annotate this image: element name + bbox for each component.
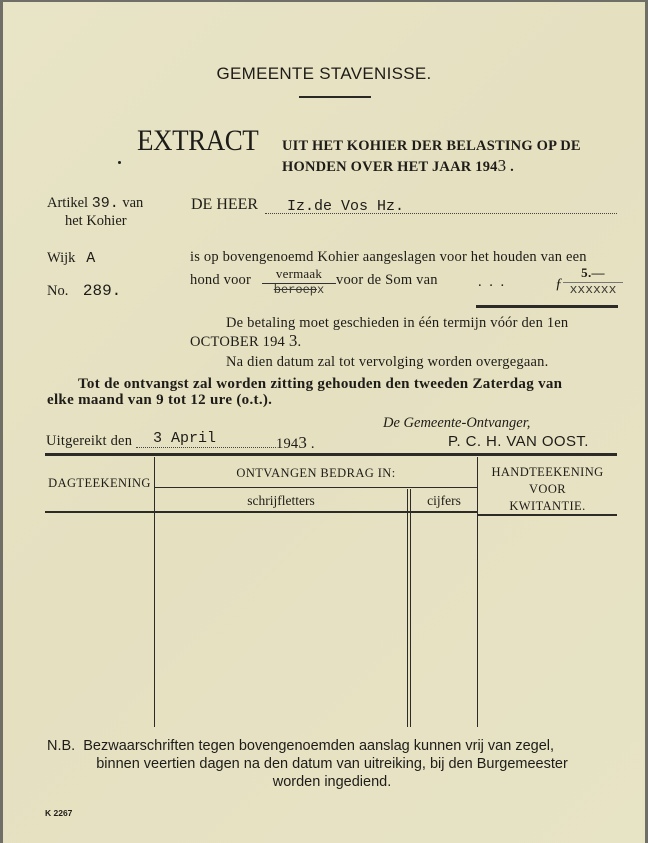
session-line-2: elke maand van 9 tot 12 ure (o.t.).: [47, 392, 272, 409]
purpose-struck-text: beroep: [274, 283, 317, 297]
table-top-rule: [45, 453, 617, 456]
subtitle-period: .: [510, 159, 514, 175]
amount-struck: xxxxxx: [563, 283, 623, 296]
extract-subtitle: UIT HET KOHIER DER BELASTING OP DE HONDE…: [282, 136, 581, 177]
signature-header-line-1: HANDTEEKENING: [478, 464, 617, 481]
artikel-value[interactable]: 39.: [92, 195, 119, 212]
issued-year-digit: 3: [298, 433, 307, 452]
form-code: K 2267: [45, 808, 72, 818]
no-field: No. 289.: [47, 282, 121, 300]
leader-dots: . . .: [478, 274, 506, 291]
column-header-date: DAGTEEKENING: [45, 476, 154, 491]
issued-dotted-line: [136, 447, 276, 448]
signature-header-line-3: KWITANTIE.: [478, 498, 617, 515]
subtitle-year-digit: 3: [498, 156, 507, 175]
subtitle-line-2: HONDEN OVER HET JAAR 1943 .: [282, 156, 581, 177]
heer-name-value[interactable]: Iz.de Vos Hz.: [287, 198, 404, 215]
heer-label: DE HEER: [191, 196, 258, 214]
nb-line-3: worden ingediend.: [47, 772, 617, 792]
tax-extract-form: GEMEENTE STAVENISSE. EXTRACT UIT HET KOH…: [3, 2, 645, 843]
issued-period: .: [311, 436, 315, 452]
artikel-suffix: van: [122, 195, 143, 211]
subtitle-year-prefix: HONDEN OVER HET JAAR 194: [282, 159, 498, 175]
nb-line-2: binnen veertien dagen na den datum van u…: [47, 754, 617, 774]
purpose-xs: x: [317, 283, 324, 297]
assessment-hond-voor: hond voor: [190, 272, 251, 289]
purpose-typed[interactable]: vermaak: [262, 266, 336, 282]
subtitle-line-1: UIT HET KOHIER DER BELASTING OP DE: [282, 136, 581, 156]
payment-period: .: [298, 334, 302, 350]
amount-typed[interactable]: 5.—: [563, 265, 623, 281]
issued-label: Uitgereikt den: [46, 433, 132, 450]
receipt-entry-area[interactable]: [45, 516, 617, 726]
amount-fraction: 5.— xxxxxx: [563, 265, 623, 296]
session-line-1: Tot de ontvangst zal worden zitting geho…: [78, 376, 562, 393]
purpose-fraction: vermaak beroepx: [262, 266, 336, 297]
wijk-value[interactable]: A: [86, 250, 95, 267]
column-header-signature: HANDTEEKENING VOOR KWITANTIE.: [478, 464, 617, 515]
nb-line-1: N.B. Bezwaarschriften tegen bovengenoemd…: [47, 736, 554, 756]
artikel-line2: het Kohier: [65, 213, 127, 230]
artikel-label: Artikel: [47, 195, 88, 211]
assessment-line-1: is op bovengenoemd Kohier aangeslagen vo…: [190, 249, 587, 266]
assessment-som-label: voor de Som van: [336, 272, 438, 289]
payment-year-prefix: OCTOBER 194: [190, 334, 285, 350]
nb-label: N.B.: [47, 738, 75, 754]
extract-title: EXTRACT: [137, 124, 258, 158]
artikel-field: Artikel 39. van: [47, 195, 143, 212]
issued-date-value[interactable]: 3 April: [153, 430, 216, 447]
payment-line-1: De betaling moet geschieden in één termi…: [226, 315, 568, 332]
nb-text-1: Bezwaarschriften tegen bovengenoemden aa…: [83, 738, 554, 754]
no-value[interactable]: 289.: [83, 282, 121, 300]
stray-dot: [118, 161, 121, 164]
subheader-words: schrijfletters: [155, 493, 407, 509]
table-header-rule-left: [45, 511, 478, 513]
receiver-name: P. C. H. VAN OOST.: [448, 433, 589, 450]
heading-divider: [299, 96, 371, 98]
no-label: No.: [47, 283, 68, 299]
issued-year: 1943 .: [276, 433, 315, 453]
prosecution-notice: Na dien datum zal tot vervolging worden …: [226, 354, 548, 371]
wijk-field: Wijk A: [47, 250, 95, 267]
purpose-struck: beroepx: [262, 284, 336, 297]
table-subheader-rule: [155, 487, 477, 488]
receiver-title: De Gemeente-Ontvanger,: [383, 415, 530, 432]
payment-line-2: OCTOBER 194 3.: [190, 331, 301, 351]
currency-symbol: ƒ: [555, 276, 563, 293]
wijk-label: Wijk: [47, 250, 75, 266]
payment-year-digit: 3: [289, 331, 298, 350]
issued-year-prefix: 194: [276, 436, 298, 452]
signature-header-line-2: VOOR: [478, 481, 617, 498]
amount-underline: [476, 305, 618, 308]
subheader-digits: cijfers: [411, 493, 477, 509]
municipality-heading: GEMEENTE STAVENISSE.: [3, 64, 645, 84]
column-header-received: ONTVANGEN BEDRAG IN:: [155, 466, 477, 481]
